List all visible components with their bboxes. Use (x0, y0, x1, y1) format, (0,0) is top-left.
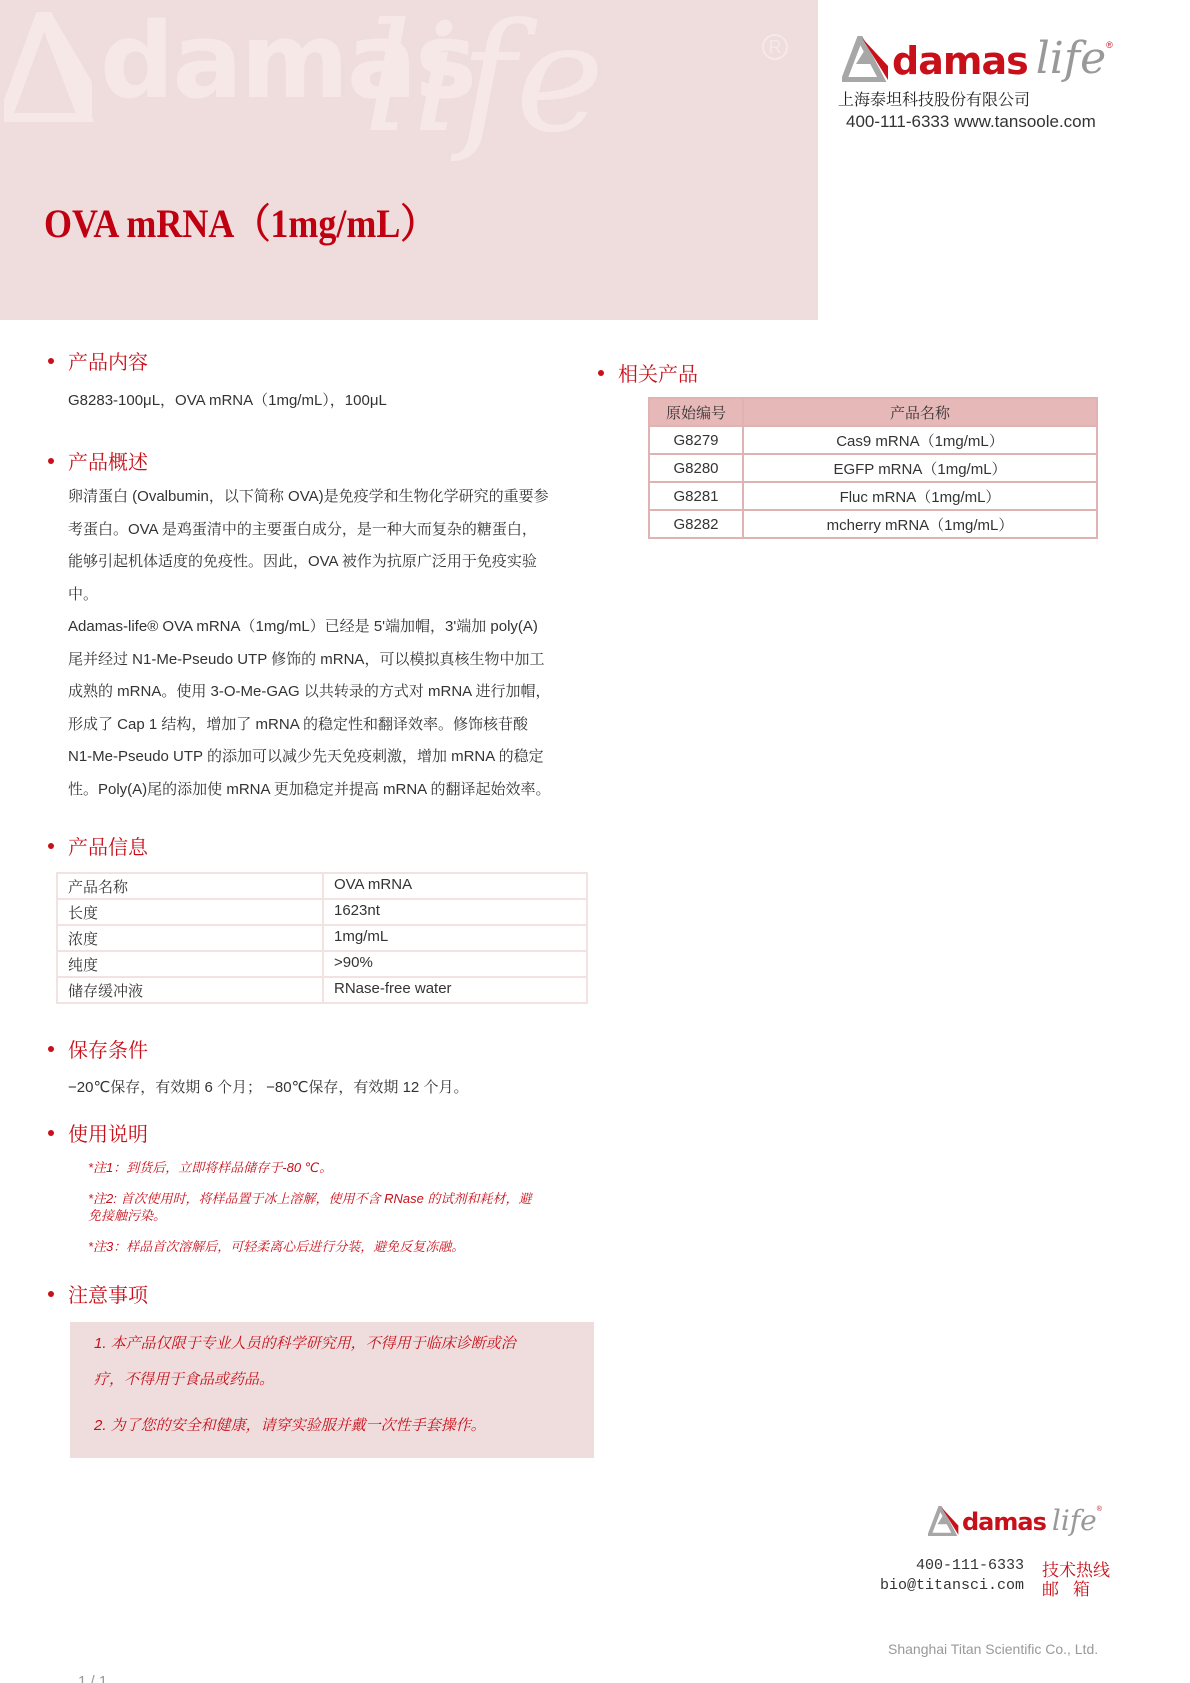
section-heading-storage: 保存条件 (48, 1034, 148, 1063)
table-header-row: 原始编号 产品名称 (649, 398, 1097, 426)
bullet-icon (48, 1291, 54, 1297)
related-products-table: 原始编号 产品名称 G8279Cas9 mRNA（1mg/mL） G8280EG… (648, 397, 1098, 539)
table-row: G8281Fluc mRNA（1mg/mL） (649, 482, 1097, 510)
logo-script: life (1036, 36, 1106, 82)
note-item: *注1：到货后，立即将样品储存于-80 ℃。 (88, 1159, 332, 1176)
company-logo-top: damas life ® (842, 36, 1113, 82)
overview-paragraph: 卵清蛋白 (Ovalbumin，以下简称 OVA)是免疫学和生物化学研究的重要参… (68, 481, 588, 806)
logo-reg: ® (1097, 1506, 1102, 1513)
caution-item: 2. 为了您的安全和健康，请穿实验服并戴一次性手套操作。 (94, 1414, 486, 1435)
caution-item: 疗，不得用于食品或药品。 (94, 1368, 274, 1389)
contents-text: G8283-100μL，OVA mRNA（1mg/mL），100μL (68, 389, 387, 410)
table-row: 储存缓冲液RNase-free water (57, 977, 587, 1003)
brand-triangle-icon (4, 12, 94, 122)
note-item: *注3：样品首次溶解后，可轻柔离心后进行分装，避免反复冻融。 (88, 1238, 464, 1255)
company-logo-bottom: damas life ® (928, 1506, 1102, 1536)
caution-box: 1. 本产品仅限于专业人员的科学研究用，不得用于临床诊断或治 疗，不得用于食品或… (70, 1322, 594, 1458)
brand-triangle-icon (842, 36, 890, 82)
bullet-icon (48, 1130, 54, 1136)
header-banner: damas life R OVA mRNA（1mg/mL） (0, 0, 818, 320)
page-title: OVA mRNA（1mg/mL） (44, 192, 436, 249)
company-name: 上海泰坦科技股份有限公司 (838, 87, 1030, 110)
table-row: 浓度1mg/mL (57, 925, 587, 951)
table-row: 纯度>90% (57, 951, 587, 977)
company-contact: 400-111-6333 www.tansoole.com (846, 112, 1096, 132)
caution-item: 1. 本产品仅限于专业人员的科学研究用，不得用于临床诊断或治 (94, 1332, 516, 1353)
bullet-icon (48, 458, 54, 464)
section-heading-info: 产品信息 (48, 831, 148, 860)
table-row: G8282mcherry mRNA（1mg/mL） (649, 510, 1097, 538)
note-item: 免接触污染。 (88, 1207, 166, 1224)
logo-reg: ® (1106, 40, 1113, 50)
table-row: 长度1623nt (57, 899, 587, 925)
table-row: G8279Cas9 mRNA（1mg/mL） (649, 426, 1097, 454)
section-heading-usage: 使用说明 (48, 1118, 148, 1147)
brand-triangle-icon (928, 1506, 960, 1536)
section-heading-related: 相关产品 (598, 358, 698, 387)
page-number: 1 / 1 (78, 1673, 107, 1683)
support-email[interactable]: bio@titansci.com (860, 1577, 1024, 1594)
bullet-icon (48, 843, 54, 849)
section-heading-caution: 注意事项 (48, 1279, 148, 1308)
logo-script: life (1052, 1506, 1097, 1536)
footer-company: Shanghai Titan Scientific Co., Ltd. (888, 1641, 1098, 1657)
watermark-logo: damas life R (4, 12, 804, 122)
support-email-label: 邮 箱 (1042, 1575, 1089, 1600)
storage-text: −20℃保存，有效期 6 个月； −80℃保存，有效期 12 个月。 (68, 1076, 468, 1097)
section-heading-contents: 产品内容 (48, 346, 148, 375)
bullet-icon (48, 358, 54, 364)
watermark-reg: R (762, 34, 788, 60)
note-item: *注2: 首次使用时，将样品置于冰上溶解，使用不含 RNase 的试剂和耗材，避 (88, 1190, 531, 1207)
support-phone: 400-111-6333 (860, 1557, 1024, 1574)
logo-brand: damas (892, 40, 1028, 82)
table-row: 产品名称OVA mRNA (57, 873, 587, 899)
product-info-table: 产品名称OVA mRNA 长度1623nt 浓度1mg/mL 纯度>90% 储存… (56, 872, 588, 1004)
bullet-icon (48, 1046, 54, 1052)
watermark-script: life (364, 0, 604, 166)
table-row: G8280EGFP mRNA（1mg/mL） (649, 454, 1097, 482)
bullet-icon (598, 370, 604, 376)
logo-brand: damas (962, 1508, 1046, 1536)
section-heading-overview: 产品概述 (48, 446, 148, 475)
